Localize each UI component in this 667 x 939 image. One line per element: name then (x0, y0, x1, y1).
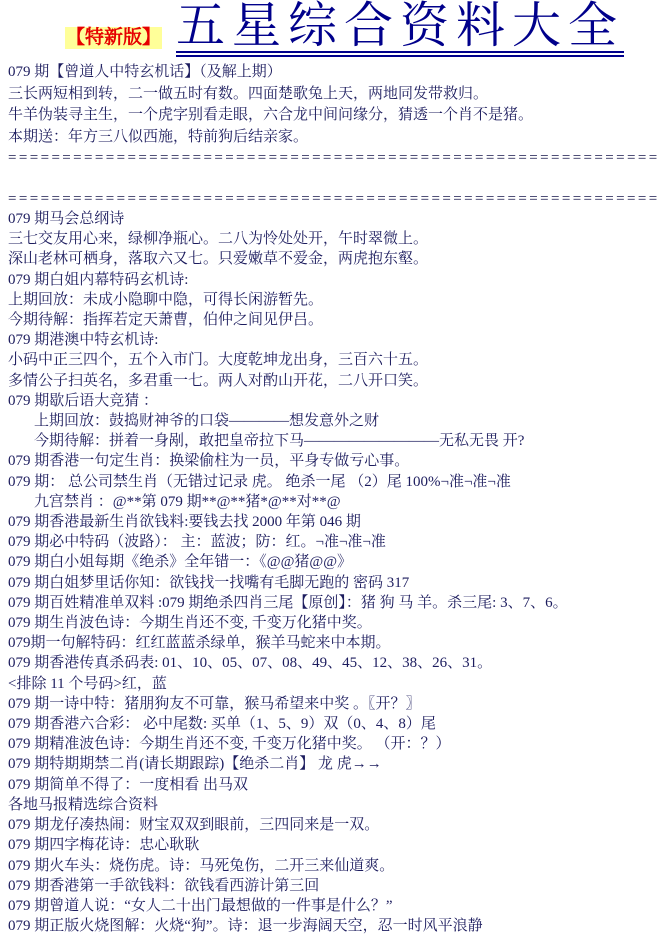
text-line: 各地马报精选综合资料 (8, 795, 667, 815)
text-line: 九宫禁肖 ：@**第 079 期**@**猪*@**对**@ (8, 492, 667, 512)
text-line: 079 期火车头：烧伤虎。诗：马死兔伤，二开三来仙道爽。 (8, 856, 667, 876)
text-line: 三长两短相到转，二一做五时有数。四面楚歌兔上天，两地同发带救归。 (8, 84, 667, 106)
text-line: 079 期四字梅花诗：忠心耿耿 (8, 835, 667, 855)
text-line: 079 期百姓精准单双料 :079 期绝杀四肖三尾【原创】：猪 狗 马 羊。杀三… (8, 593, 667, 613)
text-line: 079 期精准波色诗：今期生肖还不变, 千变万化猪中奖。 （开：？） (8, 734, 667, 754)
text-line: 079 期【曾道人中特玄机话】（及解上期） (8, 62, 667, 84)
text-line: 079 期白小姐每期《绝杀》全年错一：《@@猪@@》 (8, 552, 667, 572)
text-line: 079 期一诗中特：猪朋狗友不可靠，猴马希望来中奖 。〖开？〗 (8, 694, 667, 714)
text-line: 小码中正三四个，五个入市门。大度乾坤龙出身，三百六十五。 (8, 350, 667, 370)
text-line: 079 期马会总纲诗 (8, 209, 667, 229)
text-line: 079 期歇后语大竞猜 ： (8, 391, 667, 411)
text-line: 079 期香港六合彩： 必中尾数: 买单（1、5、9）双（0、4、8）尾 (8, 714, 667, 734)
text-line: 079 期正版火烧图解：火烧“狗”。诗：退一步海阔天空，忍一时风平浪静 (8, 916, 667, 936)
lottery-info-page: 【特新版】 五星综合资料大全 079 期【曾道人中特玄机话】（及解上期） 三长两… (0, 0, 667, 936)
separator-line: ========================================… (8, 148, 667, 168)
text-line: 079 期香港第一手欲钱料：欲钱看西游计第三回 (8, 876, 667, 896)
page-header: 【特新版】 五星综合资料大全 (8, 0, 667, 62)
text-line: 079 期曾道人说：“女人二十出门最想做的一件事是什么？” (8, 896, 667, 916)
page-title: 五星综合资料大全 (176, 0, 624, 57)
text-line: 今期待解：拼着一身剐，敢把皇帝拉下马—————————无私无畏 开? (8, 431, 667, 451)
text-line: 079 期生肖波色诗：今期生肖还不变, 千变万化猪中奖。 (8, 613, 667, 633)
intro-section: 079 期【曾道人中特玄机话】（及解上期） 三长两短相到转，二一做五时有数。四面… (8, 62, 667, 148)
text-line: <排除 11 个号码>红，蓝 (8, 674, 667, 694)
text-line: 079 期特期期禁二肖(请长期跟踪)【绝杀二肖】 龙 虎→→ (8, 754, 667, 774)
text-line: 牛羊伪装寻主生，一个虎字别看走眼，六合龙中间问缘分，猜透一个肖不是猪。 (8, 105, 667, 127)
blank-line (8, 168, 667, 189)
text-line: 079 期香港最新生肖欲钱料:要钱去找 2000 年第 046 期 (8, 512, 667, 532)
text-line: 上期回放：鼓捣财神爷的口袋————想发意外之财 (8, 411, 667, 431)
text-line: 多情公子扫英名，多君重一七。两人对酌山开花，二八开口笑。 (8, 371, 667, 391)
text-line: 079 期港澳中特玄机诗: (8, 330, 667, 350)
edition-badge: 【特新版】 (65, 27, 162, 49)
text-line: 今期待解：指挥若定天萧曹，伯仲之间见伊吕。 (8, 310, 667, 330)
text-line: 079 期简单不得了：一度相看 出马双 (8, 775, 667, 795)
main-section: 079 期马会总纲诗 三七交友用心来，绿柳净瓶心。二八为怜处处开，午时翠微上。 … (8, 209, 667, 936)
text-line: 079 期龙仔凑热闹：财宝双双到眼前，三四同来是一双。 (8, 815, 667, 835)
text-line: 079 期必中特码（波路）： 主：蓝波；防：红。¬准¬准¬准 (8, 532, 667, 552)
text-line: 上期回放：未成小隐聊中隐，可得长闲游暂先。 (8, 290, 667, 310)
text-line: 079 期白姐梦里话你知：欲钱找一找嘴有毛脚无跑的 密码 317 (8, 573, 667, 593)
text-line: 079期一句解特码：红红蓝蓝杀绿单，猴羊马蛇来中本期。 (8, 633, 667, 653)
separator-line: ========================================… (8, 189, 667, 209)
text-line: 079 期香港传真杀码表: 01、10、05、07、08、49、45、12、38… (8, 653, 667, 673)
text-line: 079 期白姐内幕特码玄机诗: (8, 270, 667, 290)
text-line: 本期送：年方三八似西施，特前狗后结亲家。 (8, 127, 667, 149)
text-line: 079 期香港一句定生肖：换梁偷柱为一员，平身专做亏心事。 (8, 451, 667, 471)
text-line: 深山老林可栖身，落取六又七。只爱嫩草不爱金，两虎抱东壑。 (8, 249, 667, 269)
text-line: 三七交友用心来，绿柳净瓶心。二八为怜处处开，午时翠微上。 (8, 229, 667, 249)
text-line: 079 期： 总公司禁生肖（无错过记录 虎。 绝杀一尾 （2）尾 100%¬准¬… (8, 472, 667, 492)
